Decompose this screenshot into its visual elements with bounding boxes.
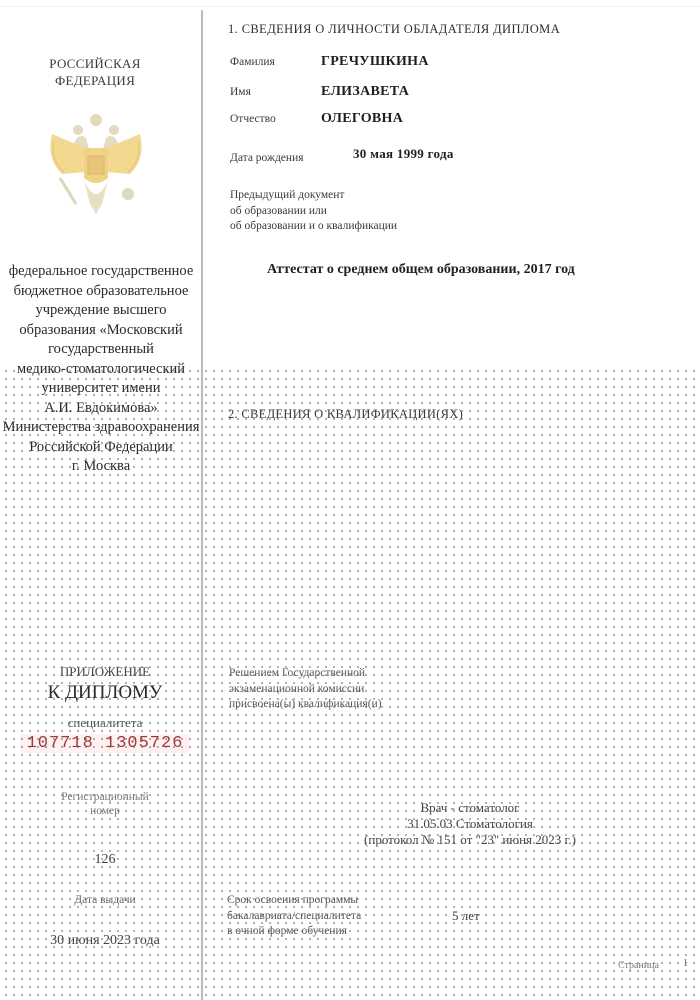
- issue-date: 30 июня 2023 года: [20, 933, 190, 949]
- program-duration-value: 5 лет: [452, 908, 480, 924]
- country-line-2: ФЕДЕРАЦИЯ: [30, 72, 160, 89]
- birth-date-value: 30 мая 1999 года: [353, 146, 454, 162]
- institution-line: Министерства здравоохранения: [0, 418, 202, 438]
- institution-line: А.И. Евдокимова»: [0, 399, 202, 419]
- institution-line: университет имени: [0, 379, 202, 399]
- institution-line: учреждение высшего: [0, 301, 202, 321]
- birth-date-label: Дата рождения: [230, 152, 304, 164]
- prev-doc-line: Предыдущий документ: [230, 188, 397, 204]
- decision-line: экзаменационной комиссии: [229, 682, 382, 698]
- appendix-to-diploma: К ДИПЛОМУ: [20, 682, 190, 704]
- appendix-label: ПРИЛОЖЕНИЕ: [20, 664, 190, 680]
- registration-number: 126: [20, 852, 190, 868]
- prev-doc-line: об образовании или: [230, 204, 397, 220]
- surname-label: Фамилия: [230, 56, 275, 68]
- institution-line: образования «Московский: [0, 321, 202, 341]
- institution-name: федеральное государственное бюджетное об…: [0, 262, 202, 477]
- section-2-title: 2. СВЕДЕНИЯ О КВАЛИФИКАЦИИ(ЯХ): [228, 407, 463, 422]
- institution-line: федеральное государственное: [0, 262, 202, 282]
- previous-document-value: Аттестат о среднем общем образовании, 20…: [267, 262, 575, 278]
- prev-doc-line: об образовании и о квалификации: [230, 219, 397, 235]
- registration-number-label: Регистрационный номер: [20, 790, 190, 818]
- registration-label-line-1: Регистрационный: [20, 790, 190, 804]
- page-top-edge: [0, 6, 700, 7]
- previous-document-label: Предыдущий документ об образовании или о…: [230, 188, 397, 235]
- double-headed-eagle-emblem-icon: [40, 108, 152, 220]
- name-value: ЕЛИЗАВЕТА: [321, 84, 409, 100]
- registration-label-line-2: номер: [20, 804, 190, 818]
- page-label: Страница: [618, 960, 659, 971]
- patronymic-label: Отчество: [230, 113, 276, 125]
- qualification-line: (протокол № 151 от "23" июня 2023 г.): [340, 832, 600, 848]
- serial-number: 107718 1305726: [20, 734, 190, 753]
- institution-line: бюджетное образовательное: [0, 282, 202, 302]
- qualification-line: Врач - стоматолог: [340, 800, 600, 816]
- institution-line: Российской Федерации: [0, 438, 202, 458]
- commission-decision-label: Решением Государственной экзаменационной…: [229, 666, 382, 713]
- institution-line: медико-стоматологический: [0, 360, 202, 380]
- section-1-title: 1. СВЕДЕНИЯ О ЛИЧНОСТИ ОБЛАДАТЕЛЯ ДИПЛОМ…: [228, 22, 560, 37]
- issue-date-label: Дата выдачи: [20, 894, 190, 906]
- duration-line: бакалавриата/специалитета: [227, 909, 361, 925]
- qualification-value: Врач - стоматолог 31.05.03 Стоматология …: [340, 800, 600, 848]
- country-heading: РОССИЙСКАЯ ФЕДЕРАЦИЯ: [30, 55, 160, 89]
- program-duration-label: Срок освоения программы бакалавриата/спе…: [227, 893, 361, 940]
- qualification-line: 31.05.03 Стоматология: [340, 816, 600, 832]
- surname-value: ГРЕЧУШКИНА: [321, 54, 429, 70]
- patronymic-value: ОЛЕГОВНА: [321, 111, 403, 127]
- institution-line: г. Москва: [0, 457, 202, 477]
- degree-level: специалитета: [20, 715, 190, 731]
- decision-line: Решением Государственной: [229, 666, 382, 682]
- page-fold-divider: [201, 10, 203, 1000]
- institution-line: государственный: [0, 340, 202, 360]
- decision-line: присвоена(ы) квалификация(и): [229, 697, 382, 713]
- page-number: 1: [683, 958, 688, 969]
- name-label: Имя: [230, 86, 251, 98]
- duration-line: в очной форме обучения: [227, 924, 361, 940]
- duration-line: Срок освоения программы: [227, 893, 361, 909]
- country-line-1: РОССИЙСКАЯ: [30, 55, 160, 72]
